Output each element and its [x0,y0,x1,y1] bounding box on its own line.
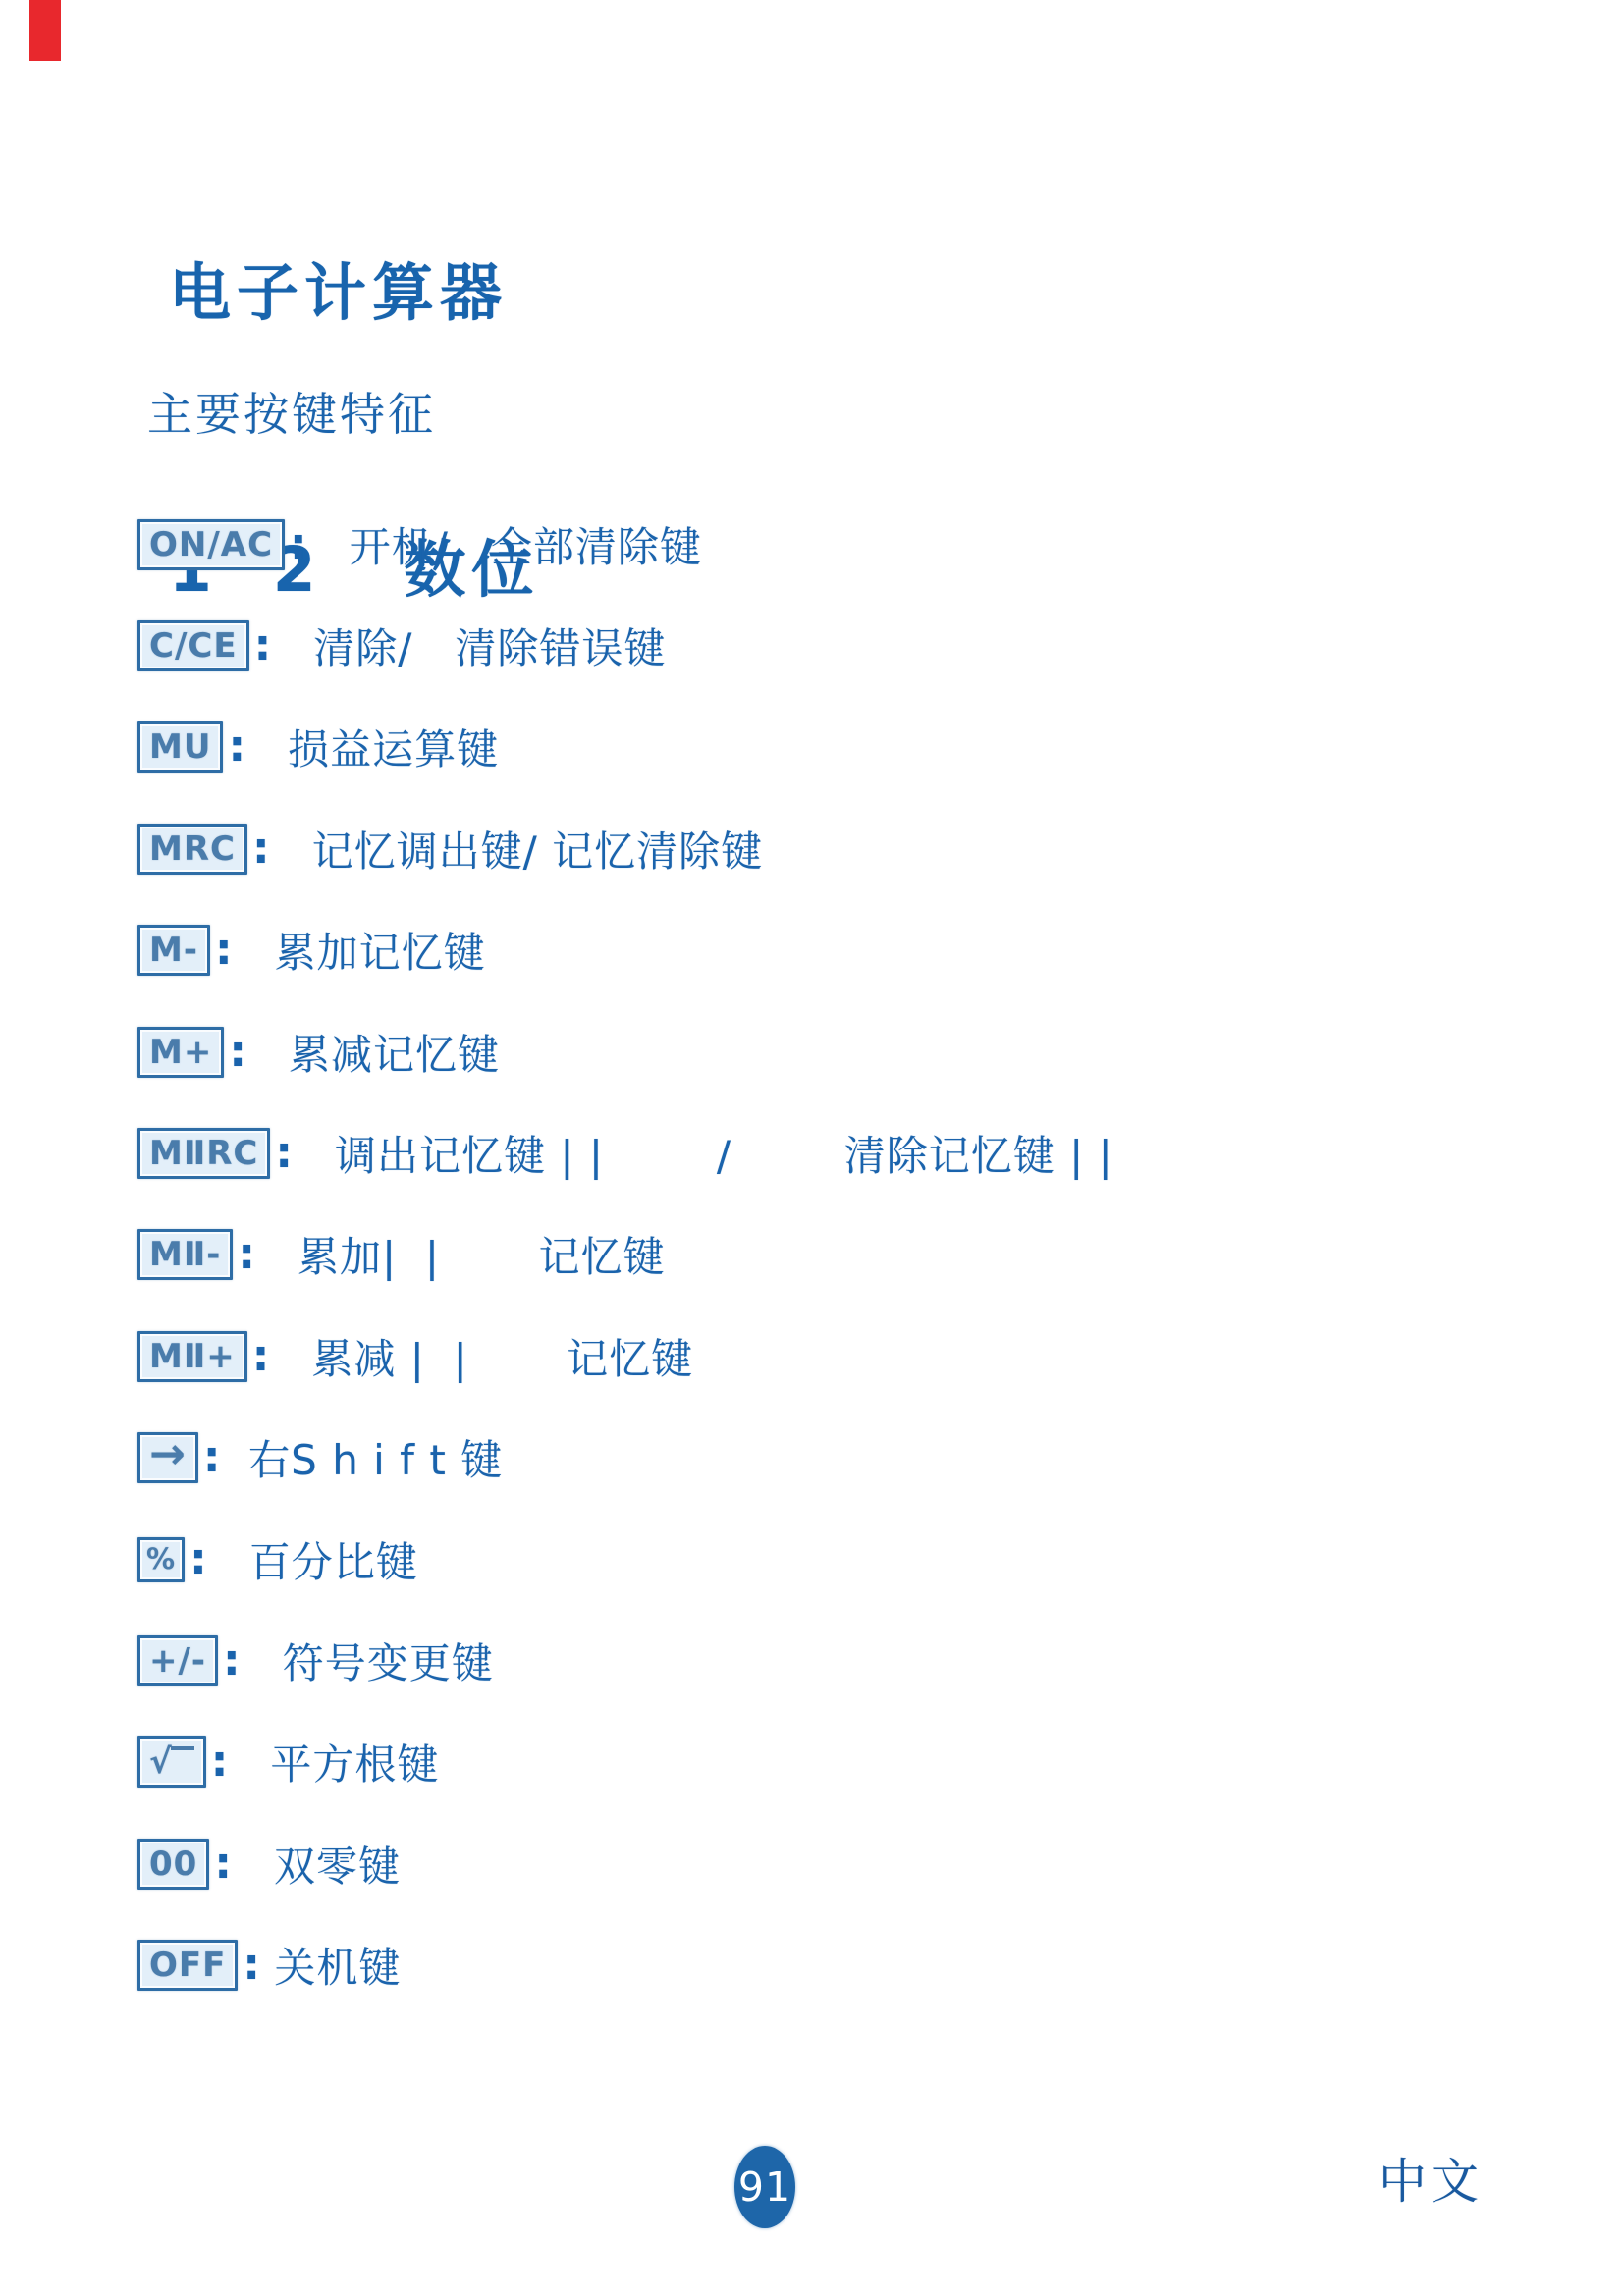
key-separator: : [214,1842,232,1886]
key-list-item: MRC: 记忆调出键/ 记忆清除键 [137,798,1585,899]
key-description: 累减记忆键 [246,1023,500,1082]
key-description: 累加| | 记忆键 [255,1225,666,1284]
key-list: ON/AC: 开机/ 全部清除键C/CE: 清除/ 清除错误键MU: 损益运算键… [137,494,1585,2016]
key-label: MⅡRC [149,1137,258,1170]
key-separator: : [189,1538,207,1581]
key-separator: : [252,1335,270,1378]
key-list-item: ON/AC: 开机/ 全部清除键 [137,494,1585,595]
key-label: MRC [149,832,236,866]
key-label: C/CE [149,629,238,663]
key-cap: C/CE [137,620,249,671]
key-description: 双零键 [232,1835,401,1894]
key-cap: MⅡ+ [137,1331,247,1382]
right-arrow-key-cap: → [137,1432,198,1483]
key-list-item: C/CE: 清除/ 清除错误键 [137,595,1585,696]
key-separator: : [238,1233,255,1276]
key-separator: : [211,1740,229,1784]
page-title-line1: 电子计算器 [169,247,539,340]
key-separator: : [252,828,270,871]
key-label: √ [149,1745,194,1779]
key-cap: MU [137,721,223,773]
key-separator: : [275,1132,293,1175]
key-cap: M- [137,925,210,976]
key-list-item: +/-: 符号变更键 [137,1610,1585,1711]
key-description: 平方根键 [228,1733,439,1791]
page-number-badge: 91 [734,2146,795,2228]
key-separator: : [229,1031,246,1074]
key-list-item: MⅡ-: 累加| | 记忆键 [137,1204,1585,1306]
key-description: 记忆调出键/ 记忆清除键 [270,820,764,879]
language-label: 中文 [1379,2144,1483,2213]
key-cap: +/- [137,1635,218,1686]
percent-key-cap: % [137,1537,185,1582]
page-number: 91 [738,2163,791,2211]
key-list-item: M+: 累减记忆键 [137,1001,1585,1102]
key-list-item: MⅡ+: 累减 | | 记忆键 [137,1306,1585,1407]
key-description: 清除/ 清除错误键 [271,616,666,675]
square-root-key-cap: √ [137,1736,206,1788]
key-list-item: MⅡRC: 调出记忆键 | | / 清除记忆键 | | [137,1102,1585,1203]
key-cap: M+ [137,1027,224,1078]
key-list-item: %: 百分比键 [137,1509,1585,1610]
key-description: 符号变更键 [241,1631,494,1690]
key-description: 关机键 [260,1936,401,1995]
key-label: ON/AC [149,528,273,561]
key-description: 百分比键 [207,1530,418,1589]
key-separator: : [254,624,272,667]
key-list-item: MU: 损益运算键 [137,697,1585,798]
key-label: MU [149,730,211,764]
key-label: 00 [149,1847,197,1881]
key-list-item: OFF: 关机键 [137,1914,1585,2015]
manual-page: 电子计算器 1 2 数位 主要按键特征 ON/AC: 开机/ 全部清除键C/CE… [0,0,1624,2296]
key-label: +/- [149,1644,206,1678]
key-separator: : [215,929,233,972]
key-label: MⅡ+ [149,1340,236,1373]
key-description: 开机/ 全部清除键 [307,515,702,574]
key-description: 累减 | | 记忆键 [269,1327,693,1386]
section-heading: 主要按键特征 [147,379,436,444]
key-cap: MRC [137,824,247,875]
key-cap: MⅡRC [137,1128,270,1179]
key-description: 调出记忆键 | | / 清除记忆键 | | [293,1124,1113,1183]
key-label: M- [149,934,198,967]
key-separator: : [223,1639,241,1682]
key-description: 损益运算键 [245,718,499,776]
key-label: MⅡ- [149,1238,221,1271]
key-description: 右S h i f t 键 [220,1428,503,1487]
key-separator: : [243,1944,260,1987]
key-label: M+ [149,1036,212,1069]
key-separator: : [290,523,307,566]
key-list-item: M-: 累加记忆键 [137,900,1585,1001]
key-cap: MⅡ- [137,1229,233,1280]
key-cap: OFF [137,1940,238,1991]
red-corner-tab [29,0,61,61]
key-separator: : [203,1436,221,1479]
key-cap: ON/AC [137,519,285,570]
key-separator: : [228,725,245,769]
key-label: OFF [149,1949,226,1982]
key-list-item: →: 右S h i f t 键 [137,1408,1585,1509]
key-list-item: 00: 双零键 [137,1813,1585,1914]
key-label: → [149,1433,187,1476]
key-list-item: √: 平方根键 [137,1712,1585,1813]
key-cap: 00 [137,1839,209,1890]
key-description: 累加记忆键 [233,921,486,980]
key-label: % [146,1545,176,1574]
